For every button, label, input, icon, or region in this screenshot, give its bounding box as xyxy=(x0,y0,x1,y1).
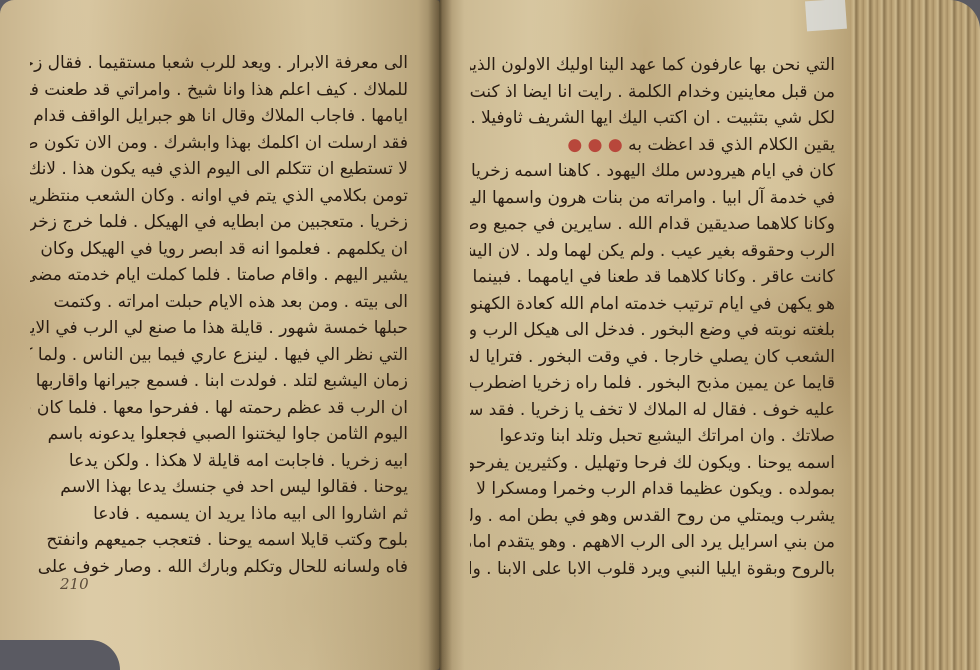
text-line: لكل شي بتثبيت . ان اكتب اليك ايها الشريف… xyxy=(470,105,835,132)
text-line: التي نظر الي فيها . لينزع عاري فيما بين … xyxy=(30,342,408,369)
text-line: ان يكلمهم . فعلموا انه قد ابصر رويا في ا… xyxy=(30,236,408,263)
text-line: يوحنا . فقالوا ليس احد في جنسك يدعا بهذا… xyxy=(30,474,408,501)
text-line: ثم اشاروا الى ابيه ماذا يريد ان يسميه . … xyxy=(30,501,408,528)
text-line: في خدمة آل ابيا . وامراته من بنات هرون و… xyxy=(470,185,835,212)
text-line: يشرب ويمتلي من روح القدس وهو في بطن امه … xyxy=(470,503,835,530)
text-line: يشير اليهم . واقام صامتا . فلما كملت ايا… xyxy=(30,262,408,289)
rubric-text: يقين الكلام الذي قد اعظت به xyxy=(628,135,835,155)
folio-number: 210 xyxy=(60,575,89,593)
text-line: التي نحن بها عارفون كما عهد الينا اوليك … xyxy=(470,52,835,79)
text-line: اليوم الثامن جاوا ليختنوا الصبي فجعلوا ي… xyxy=(30,421,408,448)
text-line: زخريا . متعجبين من ابطايه في الهيكل . فل… xyxy=(30,209,408,236)
text-line: تومن بكلامي الذي يتم في اوانه . وكان الش… xyxy=(30,183,408,210)
text-line: من قبل معاينين وخدام الكلمة . رايت انا ا… xyxy=(470,79,835,106)
text-line: فقد ارسلت ان اكلمك بهذا وابشرك . ومن الا… xyxy=(30,130,408,157)
left-page: الى معرفة الابرار . ويعد للرب شعبا مستقي… xyxy=(0,0,440,670)
text-line: بالروح وبقوة ايليا النبي ويرد قلوب الابا… xyxy=(470,556,835,583)
right-page: التي نحن بها عارفون كما عهد الينا اوليك … xyxy=(440,0,850,670)
text-line: صلاتك . وان امراتك اليشبع تحبل وتلد ابنا… xyxy=(470,423,835,450)
text-line: ابيه زخريا . فاجابت امه قايلة لا هكذا . … xyxy=(30,448,408,475)
page-edges xyxy=(850,0,980,670)
open-manuscript: الى معرفة الابرار . ويعد للرب شعبا مستقي… xyxy=(0,0,980,670)
rubric-line: يقين الكلام الذي قد اعظت به ● ● ● xyxy=(470,132,835,159)
text-line: اسمه يوحنا . ويكون لك فرحا وتهليل . وكثي… xyxy=(470,450,835,477)
book-gutter xyxy=(428,0,452,670)
text-line: ان الرب قد عظم رحمته لها . ففرحوا معها .… xyxy=(30,395,408,422)
text-line: من بني اسرايل يرد الى الرب الاههم . وهو … xyxy=(470,529,835,556)
torn-corner xyxy=(0,640,120,670)
text-line: كان في ايام هيرودس ملك اليهود . كاهنا اس… xyxy=(470,158,835,185)
text-line: قايما عن يمين مذبح البخور . فلما راه زخر… xyxy=(470,370,835,397)
text-line: الى معرفة الابرار . ويعد للرب شعبا مستقي… xyxy=(30,50,408,77)
text-line: بلغته نوبته في وضع البخور . فدخل الى هيك… xyxy=(470,317,835,344)
right-page-text: التي نحن بها عارفون كما عهد الينا اوليك … xyxy=(470,52,835,582)
tape-strip xyxy=(805,0,847,31)
text-line: بمولده . ويكون عظيما قدام الرب وخمرا ومس… xyxy=(470,476,835,503)
text-line: حبلها خمسة شهور . قايلة هذا ما صنع لي ال… xyxy=(30,315,408,342)
text-line: للملاك . كيف اعلم هذا وانا شيخ . وامراتي… xyxy=(30,77,408,104)
text-line: بلوح وكتب قايلا اسمه يوحنا . فتعجب جميعه… xyxy=(30,527,408,554)
rubric-marks: ● ● ● xyxy=(567,135,622,155)
text-line: ايامها . فاجاب الملاك وقال انا هو جبرايل… xyxy=(30,103,408,130)
text-line: الى بيته . ومن بعد هذه الايام حبلت امرات… xyxy=(30,289,408,316)
text-line: كانت عاقر . وكانا كلاهما قد طعنا في ايام… xyxy=(470,264,835,291)
text-line: لا تستطيع ان تتكلم الى اليوم الذي فيه يك… xyxy=(30,156,408,183)
text-line: الرب وحقوقه بغير عيب . ولم يكن لهما ولد … xyxy=(470,238,835,265)
text-line: زمان اليشبع لتلد . فولدت ابنا . فسمع جير… xyxy=(30,368,408,395)
text-line: وكانا كلاهما صديقين قدام الله . سايرين ف… xyxy=(470,211,835,238)
text-line: الشعب كان يصلي خارجا . في وقت البخور . ف… xyxy=(470,344,835,371)
text-line: عليه خوف . فقال له الملاك لا تخف يا زخري… xyxy=(470,397,835,424)
text-line: هو يكهن في ايام ترتيب خدمته امام الله كع… xyxy=(470,291,835,318)
left-page-text: الى معرفة الابرار . ويعد للرب شعبا مستقي… xyxy=(30,50,408,580)
